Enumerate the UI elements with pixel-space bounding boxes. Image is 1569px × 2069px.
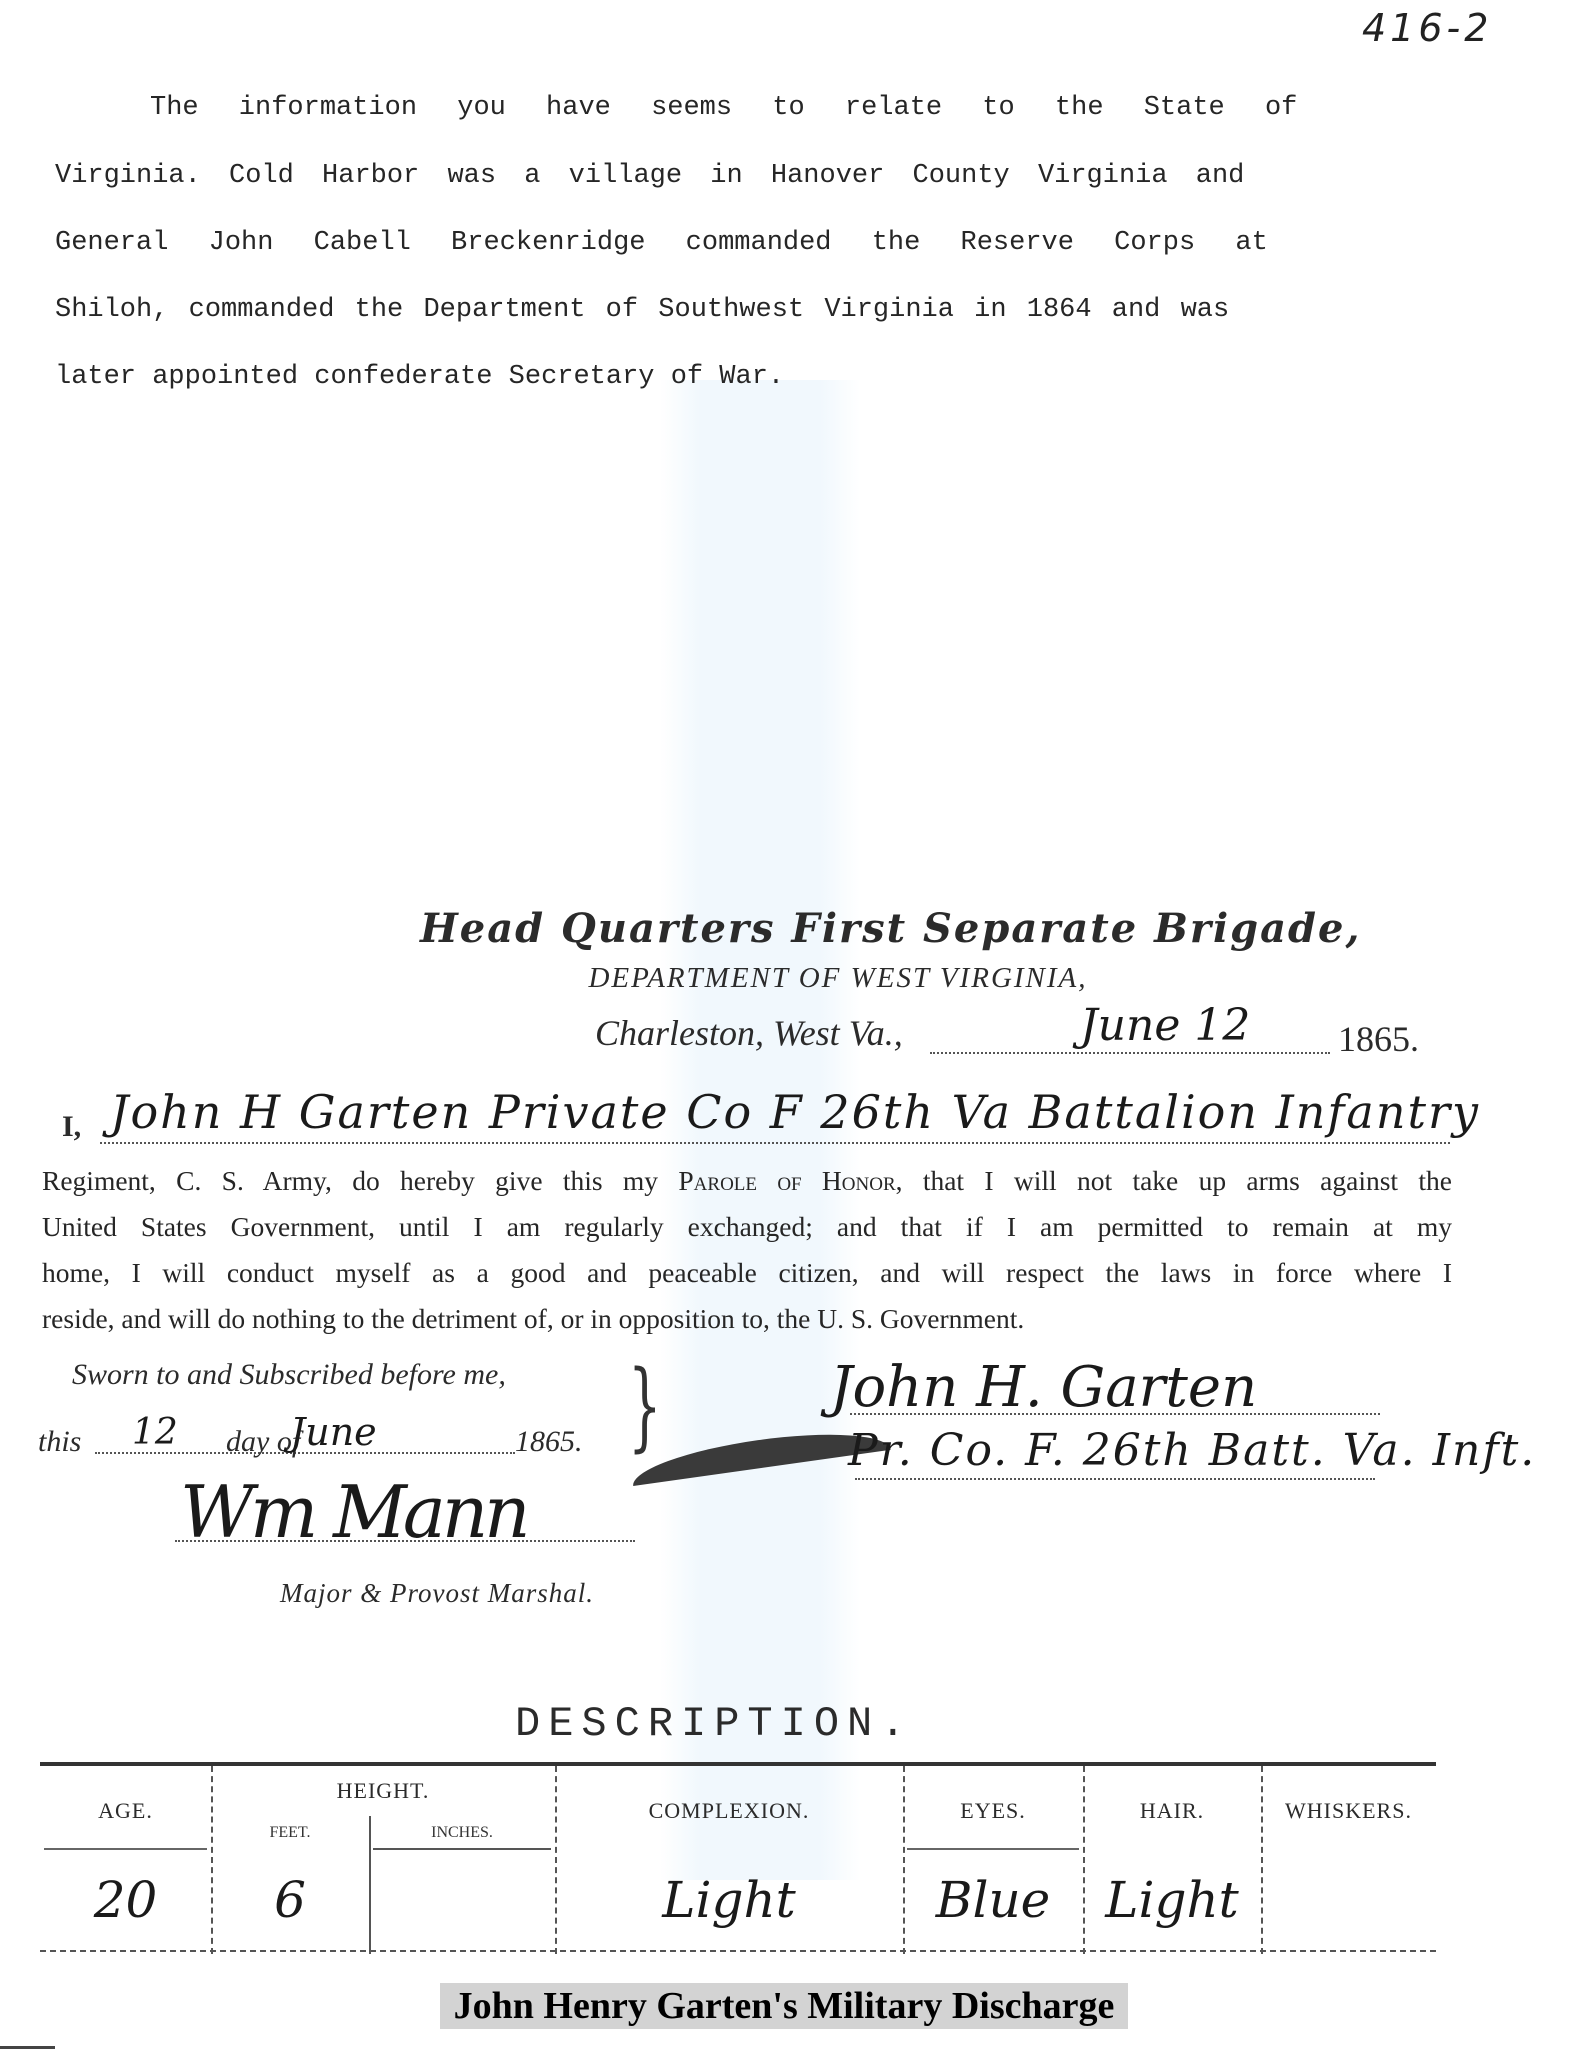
- inches-divider: [373, 1848, 551, 1850]
- form-year: 1865.: [1338, 1018, 1419, 1060]
- name-dotted-line: [100, 1142, 1450, 1144]
- parolee-signature-line: [850, 1413, 1380, 1415]
- column-height: HEIGHT. FEET. INCHES. 6: [211, 1766, 557, 1954]
- cell-value: Blue: [903, 1871, 1083, 1929]
- typed-line: The information you have seems to relate…: [150, 95, 1297, 122]
- pledge-line: reside, and will do nothing to the detri…: [42, 1296, 1452, 1342]
- parolee-signature: John H. Garten: [830, 1355, 1257, 1420]
- column-header: HEIGHT.: [211, 1778, 555, 1804]
- brace: }: [628, 1350, 662, 1462]
- pledge-prefix: I,: [62, 1110, 81, 1144]
- column-whiskers: WHISKERS.: [1261, 1766, 1436, 1954]
- parolee-unit-line: [855, 1478, 1375, 1480]
- this-label: this: [38, 1425, 81, 1459]
- column-header: WHISKERS.: [1261, 1798, 1436, 1824]
- cell-value-feet: 6: [211, 1871, 369, 1929]
- sworn-text: Sworn to and Subscribed before me,: [72, 1358, 506, 1392]
- typed-line: Shiloh, commanded the Department of Sout…: [55, 297, 1229, 324]
- row-bottom-line: [40, 1950, 1436, 1952]
- date-handwritten: June 12: [1080, 1000, 1250, 1051]
- column-complexion: COMPLEXION. Light: [555, 1766, 905, 1954]
- officer-signature-line: [175, 1540, 635, 1542]
- pledge-line: Regiment, C. S. Army, do hereby give thi…: [42, 1158, 1452, 1204]
- column-header: HAIR.: [1083, 1798, 1261, 1824]
- column-eyes: EYES. Blue: [903, 1766, 1085, 1954]
- column-header: EYES.: [903, 1798, 1083, 1824]
- typed-line: Virginia. Cold Harbor was a village in H…: [55, 163, 1244, 190]
- bottom-rule: [0, 2046, 55, 2049]
- parole-of-honor: Parole of Honor: [678, 1165, 895, 1196]
- column-header: COMPLEXION.: [555, 1798, 903, 1824]
- caption: John Henry Garten's Military Discharge: [440, 1983, 1128, 2029]
- pledge-name-handwritten: John H Garten Private Co F 26th Va Batta…: [110, 1085, 1480, 1139]
- feet-inches-divider: [369, 1816, 371, 1954]
- pledge-body: Regiment, C. S. Army, do hereby give thi…: [42, 1158, 1452, 1342]
- description-table: AGE. 20 HEIGHT. FEET. INCHES. 6 COMPLEXI…: [40, 1762, 1436, 1956]
- form-department: DEPARTMENT OF WEST VIRGINIA,: [508, 962, 1168, 995]
- page-number: 416-2: [1362, 6, 1492, 50]
- description-title: DESCRIPTION.: [515, 1700, 913, 1748]
- sub-header-inches: INCHES.: [369, 1824, 555, 1842]
- date-dotted-line: [930, 1052, 1330, 1054]
- column-age: AGE. 20: [40, 1766, 213, 1954]
- form-place: Charleston, West Va.,: [595, 1012, 903, 1054]
- typed-line: General John Cabell Breckenridge command…: [55, 230, 1268, 257]
- cell-value: Light: [555, 1871, 903, 1929]
- parolee-unit: Pr. Co. F. 26th Batt. Va. Inft.: [848, 1425, 1536, 1476]
- form-heading: Head Quarters First Separate Brigade,: [420, 905, 1255, 952]
- month-handwritten: June: [290, 1410, 377, 1454]
- header-divider: [907, 1848, 1079, 1850]
- pledge-line: home, I will conduct myself as a good an…: [42, 1250, 1452, 1296]
- header-divider: [44, 1848, 207, 1850]
- sub-header-feet: FEET.: [211, 1824, 369, 1842]
- cell-value: Light: [1083, 1871, 1261, 1929]
- pledge-line: United States Government, until I am reg…: [42, 1204, 1452, 1250]
- sworn-year: 1865.: [515, 1425, 583, 1459]
- cell-value: 20: [40, 1871, 211, 1929]
- typed-line: later appointed confederate Secretary of…: [55, 364, 784, 391]
- day-handwritten: 12: [132, 1412, 178, 1453]
- column-header: AGE.: [40, 1798, 211, 1824]
- column-hair: HAIR. Light: [1083, 1766, 1263, 1954]
- officer-title: Major & Provost Marshal.: [280, 1578, 594, 1609]
